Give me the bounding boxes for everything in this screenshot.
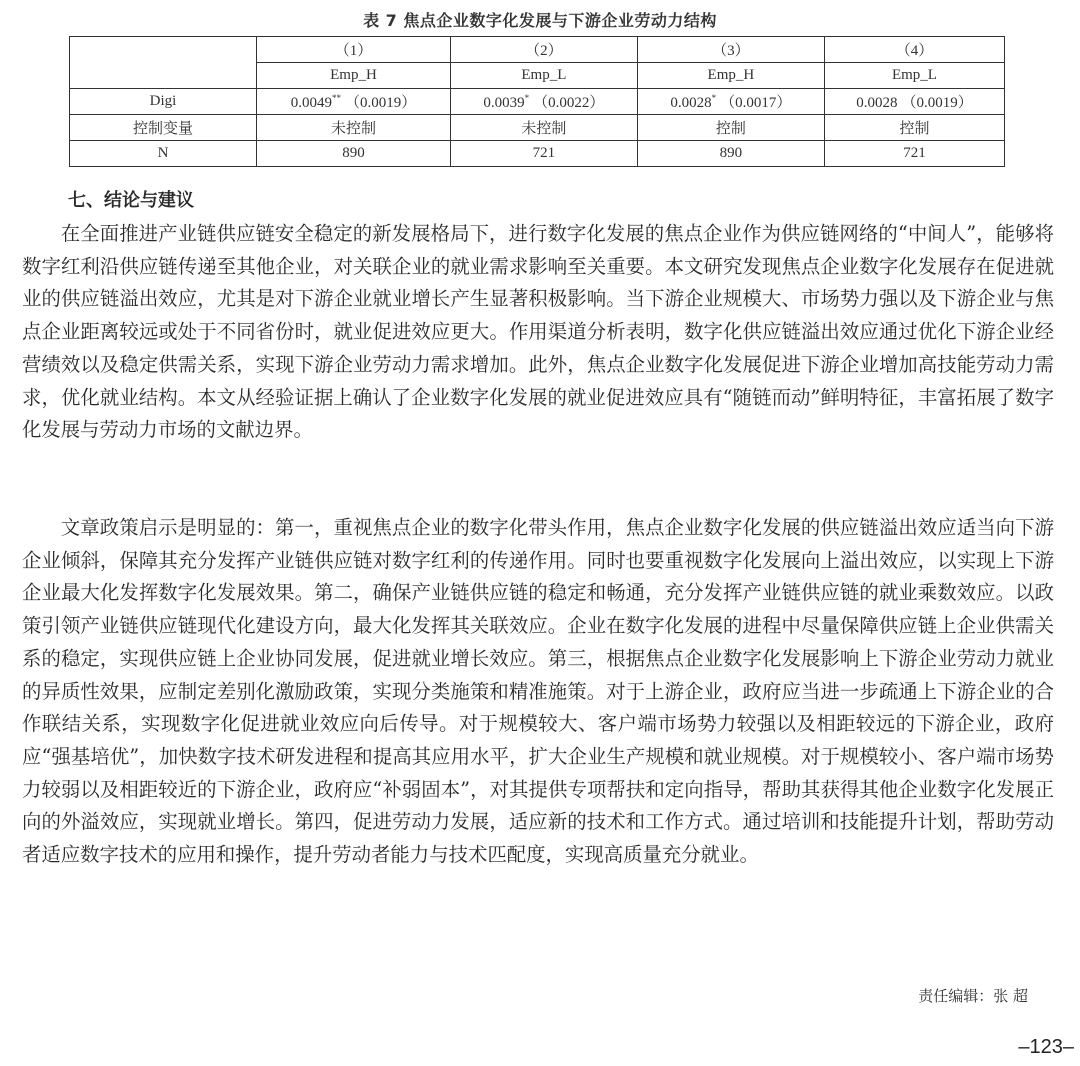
row-label: Digi [70, 89, 257, 115]
significance-stars: ** [332, 93, 341, 103]
column-number: （3） [637, 37, 824, 63]
table-row: 控制变量 未控制 未控制 控制 控制 [70, 115, 1005, 141]
dependent-variable: Emp_H [637, 63, 824, 89]
standard-error: （0.0022） [533, 95, 604, 111]
table-header-row-numbers: （1） （2） （3） （4） [70, 37, 1005, 63]
regression-table: （1） （2） （3） （4） Emp_H Emp_L Emp_H Emp_L … [69, 36, 1005, 167]
n-cell: 890 [257, 141, 451, 167]
standard-error: （0.0019） [345, 95, 416, 111]
column-number: （4） [824, 37, 1004, 63]
control-cell: 控制 [637, 115, 824, 141]
page-number: –123– [1018, 1036, 1074, 1059]
row-label: N [70, 141, 257, 167]
table-row: N 890 721 890 721 [70, 141, 1005, 167]
column-number: （1） [257, 37, 451, 63]
dependent-variable: Emp_L [824, 63, 1004, 89]
control-cell: 控制 [824, 115, 1004, 141]
responsible-editor: 责任编辑：张 超 [918, 985, 1028, 1006]
control-cell: 未控制 [450, 115, 637, 141]
policy-paragraph: 文章政策启示是明显的：第一，重视焦点企业的数字化带头作用，焦点企业数字化发展的供… [22, 512, 1054, 872]
coefficient: 0.0028 [856, 95, 897, 111]
row-label: 控制变量 [70, 115, 257, 141]
paragraph-text: 在全面推进产业链供应链安全稳定的新发展格局下，进行数字化发展的焦点企业作为供应链… [22, 218, 1054, 447]
coef-cell: 0.0028*（0.0017） [637, 89, 824, 115]
dependent-variable: Emp_L [450, 63, 637, 89]
table-corner-cell [70, 37, 257, 89]
table-caption: 表 7 焦点企业数字化发展与下游企业劳动力结构 [0, 8, 1080, 31]
column-number: （2） [450, 37, 637, 63]
coefficient: 0.0039 [483, 95, 524, 111]
n-cell: 890 [637, 141, 824, 167]
n-cell: 721 [824, 141, 1004, 167]
conclusion-paragraph: 在全面推进产业链供应链安全稳定的新发展格局下，进行数字化发展的焦点企业作为供应链… [22, 218, 1054, 447]
n-cell: 721 [450, 141, 637, 167]
coef-cell: 0.0039*（0.0022） [450, 89, 637, 115]
section-heading: 七、结论与建议 [68, 186, 194, 212]
standard-error: （0.0017） [720, 95, 791, 111]
control-cell: 未控制 [257, 115, 451, 141]
standard-error: （0.0019） [901, 95, 972, 111]
paragraph-text: 文章政策启示是明显的：第一，重视焦点企业的数字化带头作用，焦点企业数字化发展的供… [22, 512, 1054, 872]
significance-stars: * [525, 93, 530, 103]
coef-cell: 0.0028（0.0019） [824, 89, 1004, 115]
coef-cell: 0.0049**（0.0019） [257, 89, 451, 115]
significance-stars: * [712, 93, 717, 103]
table-row: Digi 0.0049**（0.0019） 0.0039*（0.0022） 0.… [70, 89, 1005, 115]
dependent-variable: Emp_H [257, 63, 451, 89]
coefficient: 0.0049 [291, 95, 332, 111]
coefficient: 0.0028 [670, 95, 711, 111]
